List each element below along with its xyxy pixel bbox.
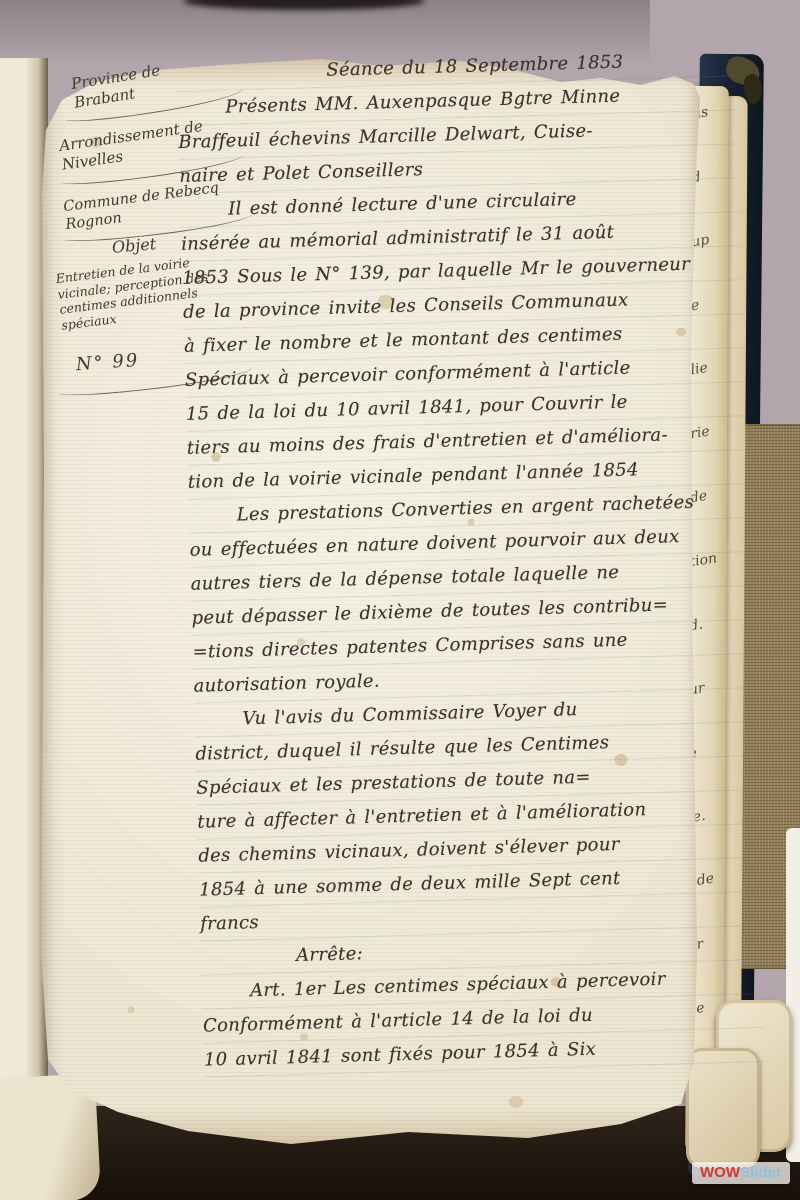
page-corner [686,1048,760,1168]
manuscript-photo: nsdupelieriedetiond.urele.ndeurlleria Pr… [0,0,800,1200]
facing-page-sliver [0,58,48,1200]
watermark-slider-text: Slider [740,1164,782,1181]
wowslider-watermark-link[interactable]: WOWSlider [692,1162,790,1184]
watermark-wow-text: WOW [700,1164,740,1181]
manuscript-body: Séance du 18 Septembre 1853Présents MM. … [176,42,764,1077]
margin-act-number: N° 99 [75,350,140,377]
